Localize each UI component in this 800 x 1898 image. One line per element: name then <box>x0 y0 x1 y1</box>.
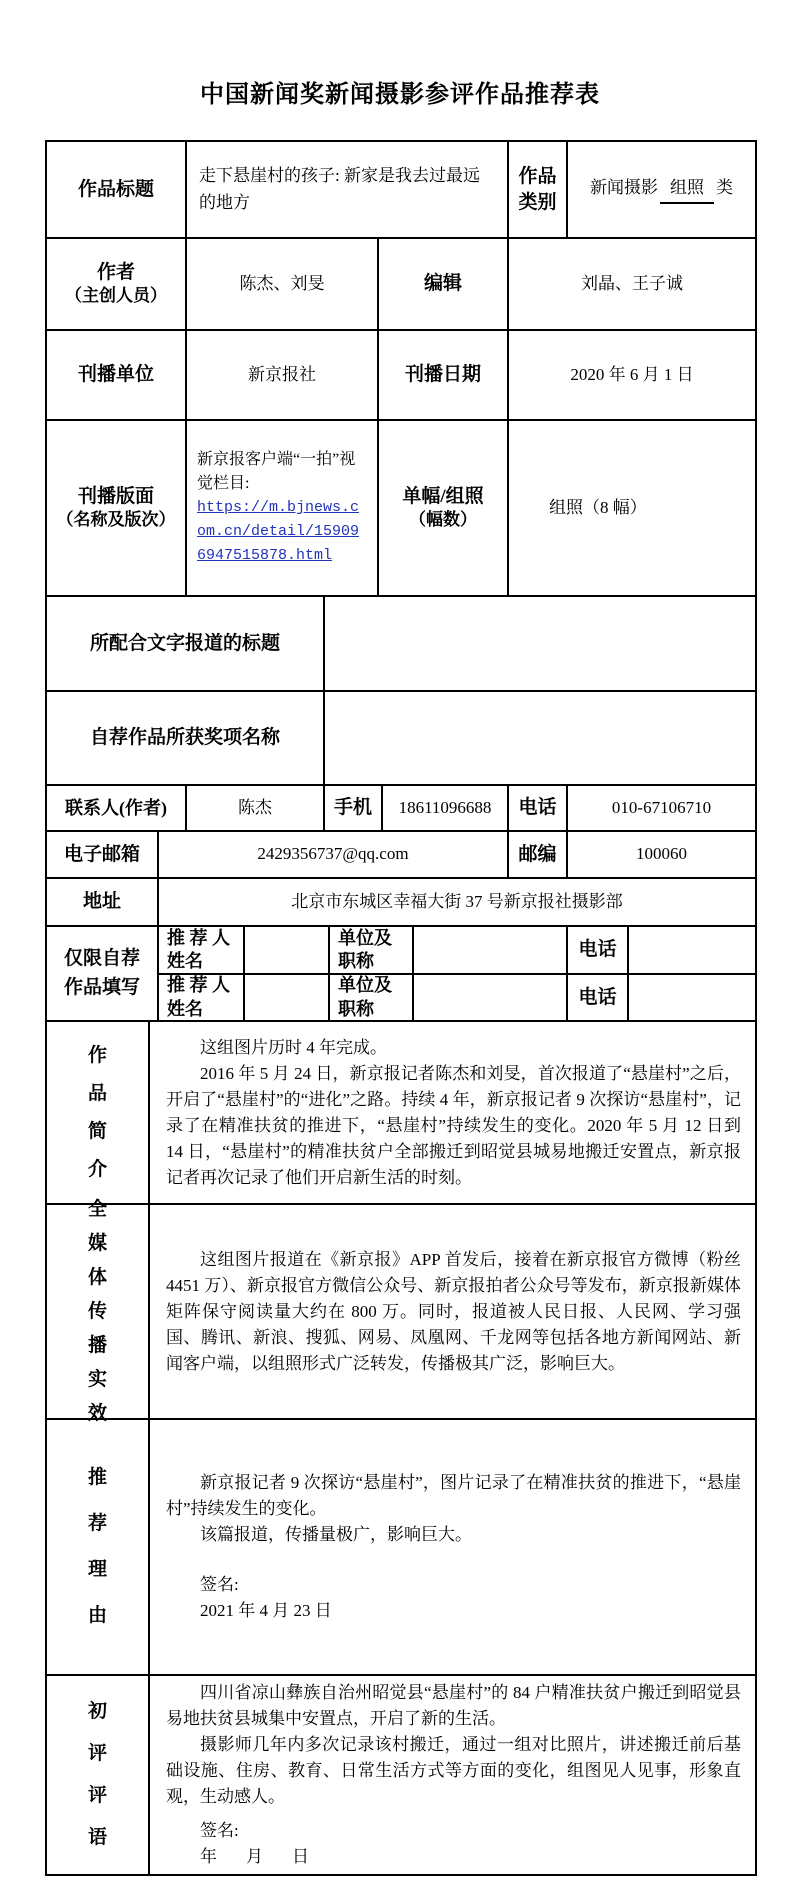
recommender-name-label-1: 推 荐 人姓名 <box>159 927 245 975</box>
publish-page-label-line2: （名称及版次） <box>57 509 176 532</box>
zip-label: 邮编 <box>509 832 568 879</box>
recommendation-paragraph-2: 该篇报道，传播量极广，影响巨大。 <box>166 1522 741 1548</box>
row-text-report: 所配合文字报道的标题 <box>47 597 757 692</box>
recommender-name-l1: 推 荐 人 <box>167 928 230 948</box>
format-label-line1: 单幅/组照 <box>402 486 483 507</box>
media-effect-paragraph: 这组图片报道在《新京报》APP 首发后，接着在新京报官方微博（粉丝 4451 万… <box>166 1247 741 1377</box>
recommender-name-value-1 <box>245 927 330 975</box>
recommendation-paragraph-1: 新京报记者 9 次探访“悬崖村”，图片记录了在精准扶贫的推进下，“悬崖村”持续发… <box>166 1470 741 1522</box>
row-recommendation: 推荐理由 新京报记者 9 次探访“悬崖村”，图片记录了在精准扶贫的推进下，“悬崖… <box>47 1420 757 1676</box>
work-category-label-line2: 类别 <box>518 190 556 216</box>
recommender-unit-l2: 职称 <box>338 998 392 1021</box>
address-value: 北京市东城区幸福大街 37 号新京报社摄影部 <box>159 879 757 927</box>
email-label: 电子邮箱 <box>47 832 159 879</box>
row-publish-page: 刊播版面（名称及版次） 新京报客户端“一拍”视觉栏目: https://m.bj… <box>47 421 757 597</box>
editor-value: 刘晶、王子诚 <box>509 239 757 331</box>
zip-value: 100060 <box>568 832 757 879</box>
contact-value: 陈杰 <box>187 786 325 832</box>
preliminary-paragraph-2: 摄影师几年内多次记录该村搬迁，通过一组对比照片，讲述搬迁前后基础设施、住房、教育… <box>166 1732 741 1810</box>
recommender-name-value-2 <box>245 975 330 1022</box>
self-award-value <box>325 692 757 786</box>
category-prefix: 新闻摄影 <box>590 178 658 197</box>
recommender-unit-value-2 <box>414 975 568 1022</box>
row-address: 地址 北京市东城区幸福大街 37 号新京报社摄影部 <box>47 879 757 927</box>
recommender-unit-l2: 职称 <box>338 950 392 973</box>
self-recommend-label: 仅限自荐作品填写 <box>47 927 159 1022</box>
work-category-value: 新闻摄影组照类 <box>568 142 757 239</box>
recommender-phone-label-2: 电话 <box>568 975 629 1022</box>
self-recommend-row-2: 推 荐 人姓名 单位及职称 电话 <box>159 975 757 1022</box>
row-authors: 作者（主创人员） 陈杰、刘旻 编辑 刘晶、王子诚 <box>47 239 757 331</box>
publish-page-text: 新京报客户端“一拍”视觉栏目: <box>197 448 367 496</box>
publish-date-label: 刊播日期 <box>379 331 509 421</box>
preliminary-sign-label: 签名: <box>166 1818 239 1844</box>
recommender-name-l2: 姓名 <box>167 950 230 973</box>
publish-unit-label: 刊播单位 <box>47 331 187 421</box>
text-report-label: 所配合文字报道的标题 <box>47 597 325 692</box>
recommender-phone-label-1: 电话 <box>568 927 629 975</box>
summary-paragraph-1: 这组图片历时 4 年完成。 <box>166 1035 741 1061</box>
row-email: 电子邮箱 2429356737@qq.com 邮编 100060 <box>47 832 757 879</box>
self-award-label: 自荐作品所获奖项名称 <box>47 692 325 786</box>
address-label: 地址 <box>47 879 159 927</box>
recommendation-label: 推荐理由 <box>47 1420 150 1676</box>
authors-value: 陈杰、刘旻 <box>187 239 379 331</box>
contact-label: 联系人(作者) <box>47 786 187 832</box>
authors-label-line1: 作者 <box>97 262 135 283</box>
row-self-recommend: 仅限自荐作品填写 推 荐 人姓名 单位及职称 电话 <box>47 927 757 1022</box>
media-effect-body: 这组图片报道在《新京报》APP 首发后，接着在新京报官方微博（粉丝 4451 万… <box>150 1205 757 1420</box>
preliminary-body: 四川省凉山彝族自治州昭觉县“悬崖村”的 84 户精准扶贫户搬迁到昭觉县易地扶贫县… <box>150 1676 757 1876</box>
recommender-phone-value-1 <box>629 927 757 975</box>
recommender-unit-l1: 单位及 <box>338 975 392 995</box>
publish-page-label-line1: 刊播版面 <box>78 486 154 507</box>
media-effect-label: 全媒体传播实效 <box>47 1205 150 1420</box>
category-suffix: 类 <box>716 178 733 197</box>
row-self-award: 自荐作品所获奖项名称 <box>47 692 757 786</box>
form-title: 中国新闻奖新闻摄影参评作品推荐表 <box>0 74 800 109</box>
work-title-value: 走下悬崖村的孩子: 新家是我去过最远的地方 <box>187 142 509 239</box>
recommender-unit-l1: 单位及 <box>338 928 392 948</box>
format-label-line2: （幅数） <box>402 509 483 532</box>
phone-value: 010-67106710 <box>568 786 757 832</box>
publish-unit-value: 新京报社 <box>187 331 379 421</box>
publish-page-label: 刊播版面（名称及版次） <box>47 421 187 597</box>
recommendation-sign-label: 签名: <box>166 1572 239 1598</box>
recommender-name-label-2: 推 荐 人姓名 <box>159 975 245 1022</box>
self-recommend-row-1: 推 荐 人姓名 单位及职称 电话 <box>159 927 757 975</box>
self-recommend-grid: 推 荐 人姓名 单位及职称 电话 推 荐 人姓名 单 <box>159 927 757 1022</box>
row-summary: 作品简介 这组图片历时 4 年完成。 2016 年 5 月 24 日，新京报记者… <box>47 1022 757 1205</box>
work-category-label-line1: 作品 <box>518 166 556 187</box>
row-work-title: 作品标题 走下悬崖村的孩子: 新家是我去过最远的地方 作品类别 新闻摄影组照类 <box>47 142 757 239</box>
recommender-unit-label-2: 单位及职称 <box>330 975 414 1022</box>
recommendation-sign-date: 2021 年 4 月 23 日 <box>166 1598 332 1624</box>
format-label: 单幅/组照（幅数） <box>379 421 509 597</box>
text-report-value <box>325 597 757 692</box>
mobile-value: 18611096688 <box>383 786 509 832</box>
publish-page-link[interactable]: https://m.bjnews.com.cn/detail/159096947… <box>197 496 367 568</box>
work-title-label: 作品标题 <box>47 142 187 239</box>
row-publish-unit: 刊播单位 新京报社 刊播日期 2020 年 6 月 1 日 <box>47 331 757 421</box>
recommender-name-l1: 推 荐 人 <box>167 975 230 995</box>
preliminary-sign-date: 年 月 日 <box>166 1844 315 1870</box>
recommender-name-l2: 姓名 <box>167 998 230 1021</box>
recommendation-body: 新京报记者 9 次探访“悬崖村”，图片记录了在精准扶贫的推进下，“悬崖村”持续发… <box>150 1420 757 1676</box>
preliminary-paragraph-1: 四川省凉山彝族自治州昭觉县“悬崖村”的 84 户精准扶贫户搬迁到昭觉县易地扶贫县… <box>166 1680 741 1732</box>
preliminary-label: 初评评语 <box>47 1676 150 1876</box>
recommendation-form-page: 中国新闻奖新闻摄影参评作品推荐表 作品标题 走下悬崖村的孩子: 新家是我去过最远… <box>0 0 800 1898</box>
authors-label: 作者（主创人员） <box>47 239 187 331</box>
summary-body: 这组图片历时 4 年完成。 2016 年 5 月 24 日，新京报记者陈杰和刘旻… <box>150 1022 757 1205</box>
row-preliminary: 初评评语 四川省凉山彝族自治州昭觉县“悬崖村”的 84 户精准扶贫户搬迁到昭觉县… <box>47 1676 757 1876</box>
editor-label: 编辑 <box>379 239 509 331</box>
form-table: 作品标题 走下悬崖村的孩子: 新家是我去过最远的地方 作品类别 新闻摄影组照类 … <box>45 140 757 1876</box>
phone-label: 电话 <box>509 786 568 832</box>
recommender-unit-value-1 <box>414 927 568 975</box>
work-category-label: 作品类别 <box>509 142 568 239</box>
category-type-underlined: 组照 <box>660 175 714 203</box>
mobile-label: 手机 <box>325 786 383 832</box>
summary-label: 作品简介 <box>47 1022 150 1205</box>
recommender-phone-value-2 <box>629 975 757 1022</box>
publish-page-value: 新京报客户端“一拍”视觉栏目: https://m.bjnews.com.cn/… <box>187 421 379 597</box>
row-media-effect: 全媒体传播实效 这组图片报道在《新京报》APP 首发后，接着在新京报官方微博（粉… <box>47 1205 757 1420</box>
publish-date-value: 2020 年 6 月 1 日 <box>509 331 757 421</box>
recommender-unit-label-1: 单位及职称 <box>330 927 414 975</box>
row-contact: 联系人(作者) 陈杰 手机 18611096688 电话 010-6710671… <box>47 786 757 832</box>
email-value: 2429356737@qq.com <box>159 832 509 879</box>
authors-label-line2: （主创人员） <box>65 285 167 308</box>
format-value: 组照（8 幅） <box>509 421 757 597</box>
summary-paragraph-2: 2016 年 5 月 24 日，新京报记者陈杰和刘旻，首次报道了“悬崖村”之后，… <box>166 1061 741 1191</box>
